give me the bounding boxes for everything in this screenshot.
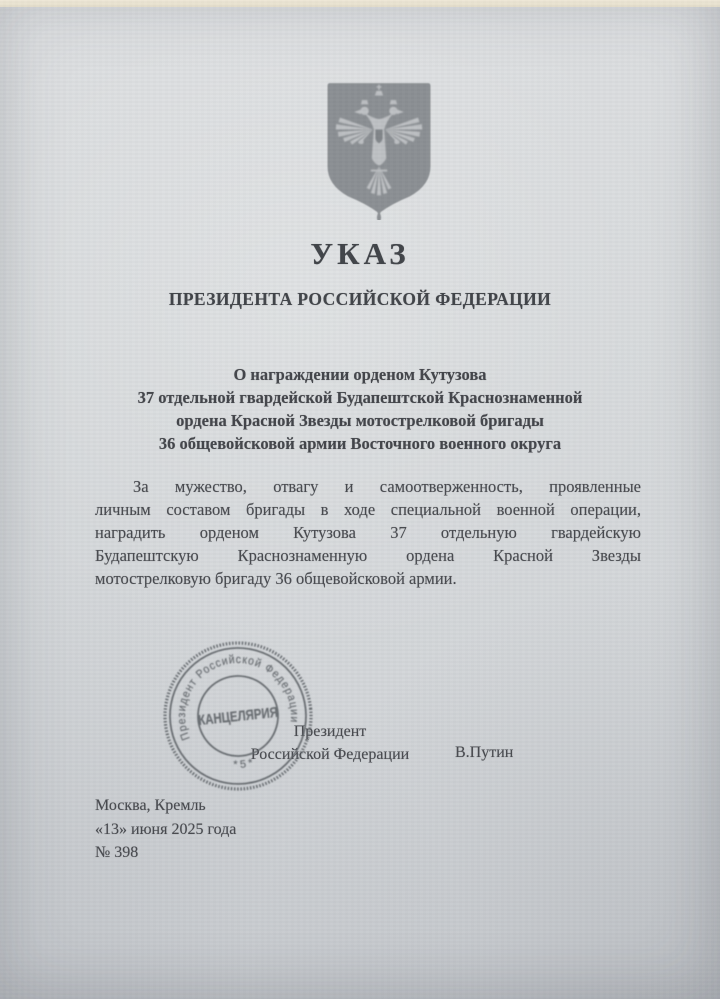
- stamp-bottom-text: * 5 *: [232, 757, 256, 772]
- decree-content: УКАЗ ПРЕЗИДЕНТА РОССИЙСКОЙ ФЕДЕРАЦИИ О н…: [0, 0, 720, 999]
- body-line: Будапештскую Краснознаменную ордена Крас…: [95, 544, 641, 567]
- body-line: мотострелковую бригаду 36 общевойсковой …: [95, 567, 641, 590]
- decree-subtitle: ПРЕЗИДЕНТА РОССИЙСКОЙ ФЕДЕРАЦИИ: [0, 289, 720, 310]
- subject-line: 36 общевойсковой армии Восточного военно…: [80, 432, 640, 455]
- decree-subject: О награждении орденом Кутузова 37 отдель…: [80, 363, 640, 455]
- body-line: личным составом бригады в ходе специальн…: [95, 498, 641, 521]
- coat-of-arms-emblem: [322, 78, 436, 220]
- body-line: наградить орденом Кутузова 37 отдельную …: [95, 521, 641, 544]
- body-line: За мужество, отвагу и самоотверженность,…: [95, 475, 641, 498]
- subject-line: О награждении орденом Кутузова: [80, 363, 640, 386]
- signature-name: В.Путин: [455, 744, 513, 762]
- scanned-decree-page: УКАЗ ПРЕЗИДЕНТА РОССИЙСКОЙ ФЕДЕРАЦИИ О н…: [0, 0, 720, 999]
- svg-text:* 5 *: * 5 *: [232, 757, 256, 772]
- footer-place: Москва, Кремль: [95, 794, 236, 818]
- decree-title: УКАЗ: [0, 236, 720, 272]
- stamp-center-label: КАНЦЕЛЯРИЯ: [197, 705, 278, 729]
- subject-line: 37 отдельной гвардейской Будапештской Кр…: [80, 386, 640, 409]
- subject-line: ордена Красной Звезды мотострелковой бри…: [80, 409, 640, 432]
- footer-number: № 398: [95, 841, 236, 865]
- chancellery-stamp: Президент Российской Федерации * 5 * КАН…: [158, 636, 318, 796]
- decree-footer: Москва, Кремль «13» июня 2025 года № 398: [95, 794, 236, 865]
- decree-body-paragraph: За мужество, отвагу и самоотверженность,…: [95, 475, 641, 590]
- footer-date: «13» июня 2025 года: [95, 818, 236, 842]
